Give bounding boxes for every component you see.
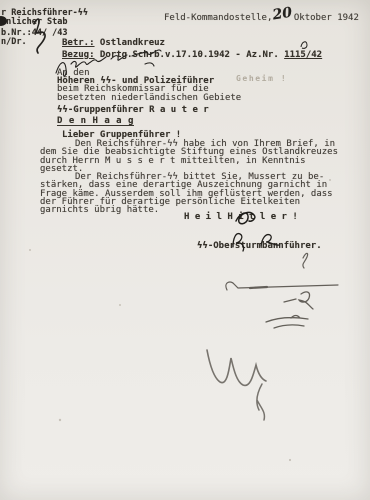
scanned-letter-page: r Reichsführer-ϟϟ önlicher Stab b.Nr.:44… <box>0 0 370 500</box>
dateline-rest: Oktober 1942 <box>294 13 359 23</box>
secrecy-stamp: Geheim ! <box>236 75 287 83</box>
pencil-flourish <box>207 350 266 420</box>
recipient-block: An den Höheren ϟϟ- und Polizeiführer bei… <box>57 69 241 126</box>
sender-line: önlicher Stab <box>1 18 88 27</box>
pencil-annotations <box>226 253 338 328</box>
recipient-line: besetzten niederländischen Gebiete <box>57 94 241 102</box>
reference-number: 1115/42 <box>284 50 322 60</box>
reference-value: Dortg.Schrb.v.17.10.1942 - Az.Nr. <box>95 50 285 60</box>
dateline-place: Feld-Kommandostelle, <box>164 13 272 23</box>
signature-title: ϟϟ-Obersturmbannführer. <box>197 242 322 250</box>
dateline: Feld-Kommandostelle,20Oktober 1942 <box>164 12 359 22</box>
body-paragraph-1: Den Reichsführer-ϟϟ habe ich von Ihrem B… <box>40 140 338 173</box>
subject-line: Betr.: Ostlandkreuz <box>62 39 165 47</box>
reference-line: Bezug: Dortg.Schrb.v.17.10.1942 - Az.Nr.… <box>62 51 322 59</box>
body-line: durch Herrn M u s s e r t mitteilten, in… <box>40 157 338 165</box>
handwritten-day: 20 <box>273 9 294 20</box>
recipient-name: ϟϟ-Gruppenführer R a u t e r <box>57 106 241 114</box>
reference-label: Bezug: <box>62 50 95 60</box>
body-paragraph-2: Der Reichsführer-ϟϟ bittet Sie, Mussert … <box>40 173 333 214</box>
subject-label: Betr.: <box>62 38 95 48</box>
handwritten-reference-mark <box>301 42 307 49</box>
subject-value: Ostlandkreuz <box>95 38 165 48</box>
closing-heil: H e i l H i t l e r ! <box>184 213 298 221</box>
recipient-city: D e n H a a g <box>57 117 134 126</box>
